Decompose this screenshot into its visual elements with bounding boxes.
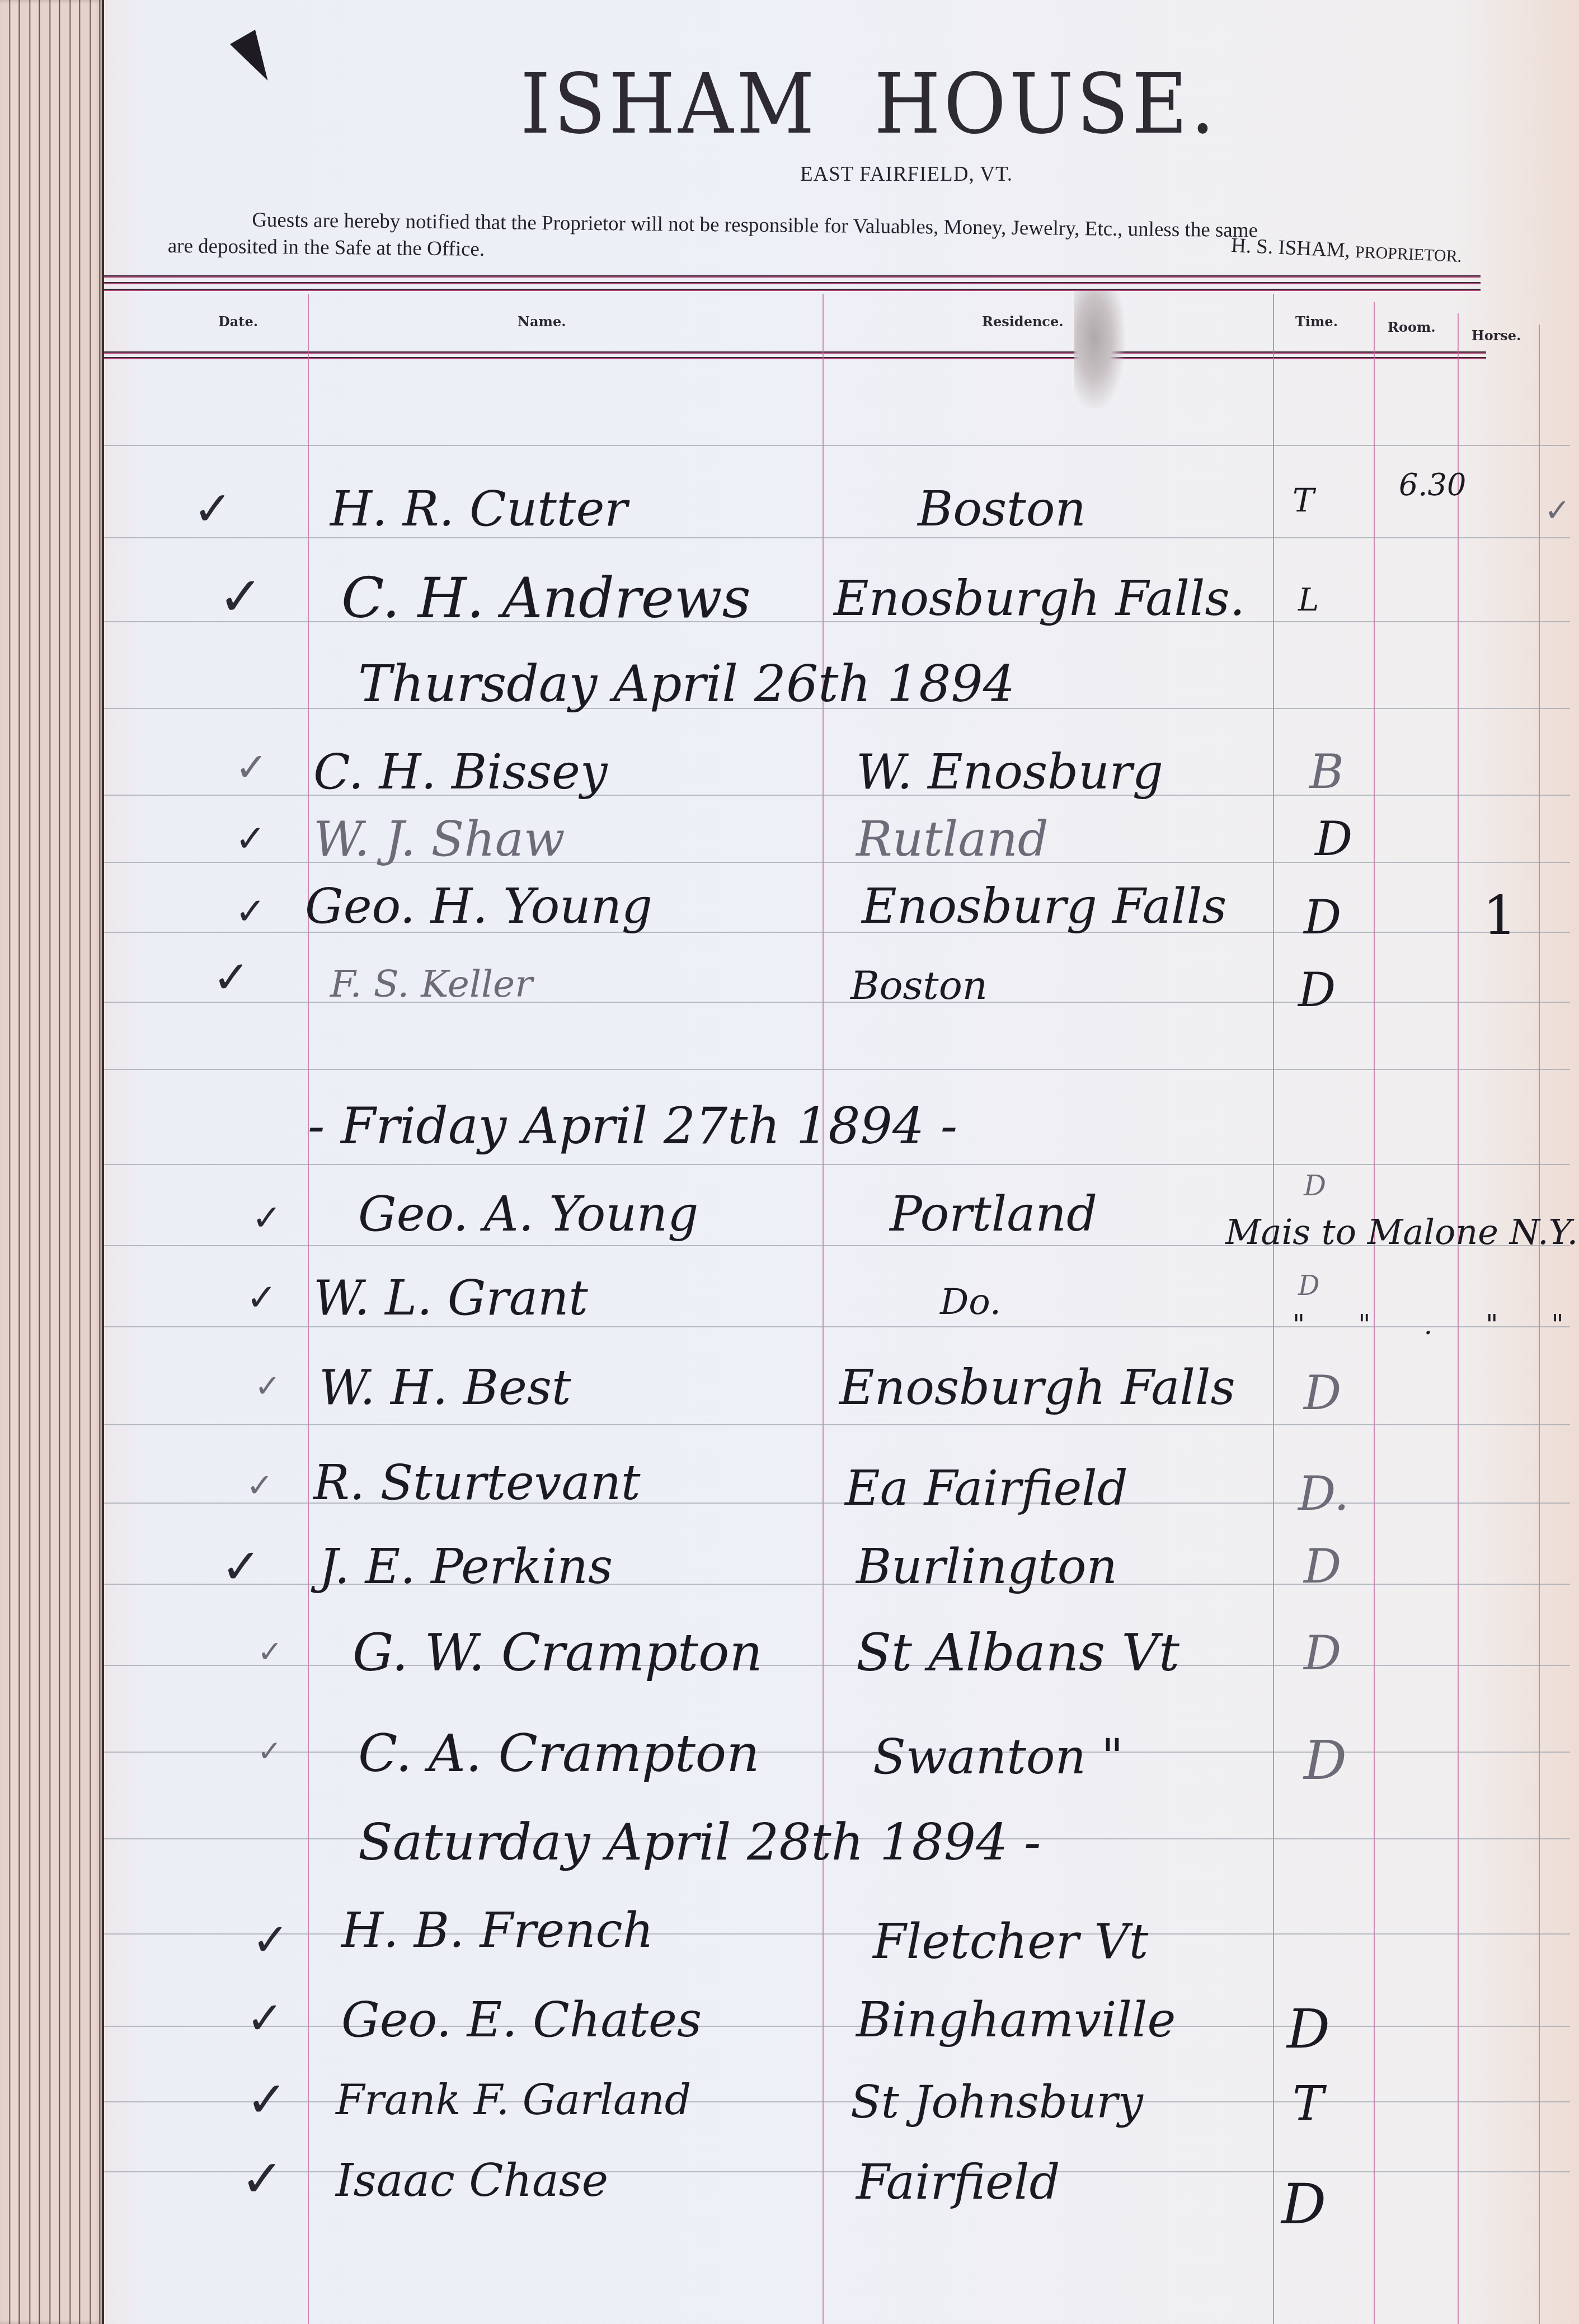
ink-mark-icon bbox=[230, 30, 280, 88]
checkmark-icon: ✓ bbox=[235, 744, 268, 790]
title-word-house: HOUSE. bbox=[874, 56, 1218, 152]
guest-name: J. E. Perkins bbox=[319, 1539, 613, 1595]
checkmark-icon: ✓ bbox=[193, 481, 232, 536]
title-word-isham: ISHAM bbox=[520, 56, 817, 152]
guest-time: B bbox=[1309, 744, 1344, 799]
guest-time: L bbox=[1298, 582, 1319, 618]
checkmark-icon: ✓ bbox=[246, 2071, 288, 2128]
guest-residence: St Johnsbury bbox=[850, 2076, 1143, 2128]
guest-time: D bbox=[1281, 2171, 1326, 2237]
row-line bbox=[104, 1665, 1570, 1666]
row-line bbox=[104, 2101, 1570, 2102]
checkmark-icon: ✓ bbox=[235, 817, 266, 860]
checkmark-icon: ✓ bbox=[257, 1634, 283, 1669]
row-line bbox=[104, 2026, 1570, 2027]
ledger-page: ISHAMHOUSE. EAST FAIRFIELD, VT. Guests a… bbox=[0, 0, 1579, 2324]
row-line bbox=[104, 1164, 1570, 1165]
guest-time: D bbox=[1304, 890, 1341, 945]
binding-edge bbox=[102, 0, 104, 2324]
date-heading-thursday: Thursday April 26th 1894 bbox=[358, 655, 1015, 713]
checkmark-icon: ✓ bbox=[235, 890, 266, 933]
checkmark-icon: ✓ bbox=[221, 1539, 261, 1595]
checkmark-icon: ✓ bbox=[241, 2149, 284, 2209]
guest-residence: Boston bbox=[918, 481, 1086, 537]
guest-residence: Boston bbox=[850, 963, 988, 1008]
checkmark-icon: ✓ bbox=[252, 1198, 282, 1239]
guest-residence: Portland bbox=[890, 1186, 1097, 1242]
row-line bbox=[104, 1752, 1570, 1753]
header-rule-bottom-2 bbox=[104, 357, 1486, 359]
row-line bbox=[104, 1424, 1570, 1425]
guest-residence: Enosburg Falls bbox=[862, 879, 1226, 935]
column-header-time: Time. bbox=[1295, 313, 1338, 330]
guest-name: F. S. Keller bbox=[330, 963, 533, 1006]
guest-name: C. H. Bissey bbox=[313, 744, 608, 800]
row-line bbox=[104, 1933, 1570, 1935]
guest-residence: Enosburgh Falls bbox=[839, 1360, 1235, 1416]
guest-time: D bbox=[1287, 1998, 1330, 2060]
header-rule-top-3 bbox=[104, 289, 1481, 291]
guest-residence: Rutland bbox=[856, 811, 1049, 867]
guest-time: D bbox=[1298, 963, 1336, 1017]
guest-residence: St Albans Vt bbox=[856, 1623, 1179, 1683]
checkmark-icon: ✓ bbox=[218, 565, 263, 628]
guest-residence: Ea Fairfield bbox=[845, 1461, 1128, 1517]
horse-checkmark-icon: ✓ bbox=[1544, 492, 1571, 529]
guest-time: D bbox=[1304, 1626, 1341, 1680]
guest-time: T bbox=[1293, 2076, 1324, 2131]
checkmark-icon: ✓ bbox=[246, 1466, 274, 1504]
header-rule-bottom-1 bbox=[104, 351, 1486, 354]
guest-residence: Enosburgh Falls. bbox=[834, 571, 1245, 627]
guest-time: D bbox=[1304, 1365, 1341, 1420]
checkmark-icon: ✓ bbox=[252, 1914, 289, 1966]
checkmark-icon: ✓ bbox=[246, 1992, 284, 2044]
guest-name: Geo. H. Young bbox=[305, 879, 652, 935]
date-heading-saturday: Saturday April 28th 1894 - bbox=[358, 1813, 1041, 1872]
guest-time: D. bbox=[1298, 1466, 1349, 1521]
date-heading-friday: - Friday April 27th 1894 - bbox=[308, 1097, 957, 1156]
header-rule-top-1 bbox=[104, 275, 1481, 278]
guest-name: Geo. A. Young bbox=[358, 1186, 698, 1242]
guest-time: T bbox=[1293, 481, 1314, 519]
guest-name: C. A. Crampton bbox=[358, 1724, 760, 1783]
checkmark-icon: ✓ bbox=[255, 1368, 281, 1405]
guest-time: D bbox=[1315, 811, 1352, 866]
guest-residence: Fairfield bbox=[856, 2154, 1060, 2210]
guest-name: C. H. Andrews bbox=[341, 565, 751, 631]
column-header-date: Date. bbox=[218, 313, 258, 330]
guest-residence: Fletcher Vt bbox=[873, 1914, 1148, 1970]
column-header-room: Room. bbox=[1388, 319, 1436, 335]
guest-time: D bbox=[1304, 1539, 1341, 1594]
column-divider-residence bbox=[1273, 294, 1274, 2324]
header-rule-top-2 bbox=[104, 282, 1481, 284]
guest-name: H. R. Cutter bbox=[330, 481, 627, 537]
column-header-residence: Residence. bbox=[982, 313, 1064, 330]
ditto-marks: " " . " " bbox=[1293, 1309, 1579, 1341]
guest-name: W. H. Best bbox=[319, 1360, 571, 1416]
guest-time: D bbox=[1298, 1270, 1319, 1302]
guest-name: Geo. E. Chates bbox=[341, 1992, 702, 2048]
guest-name: W. L. Grant bbox=[313, 1270, 588, 1326]
checkmark-icon: ✓ bbox=[257, 1735, 282, 1768]
guest-residence: Burlington bbox=[856, 1539, 1117, 1595]
row-line bbox=[104, 1069, 1570, 1070]
row-line bbox=[104, 445, 1570, 446]
guest-name: W. J. Shaw bbox=[313, 811, 565, 867]
proprietor-title: PROPRIETOR. bbox=[1355, 243, 1462, 266]
guest-room: 6.30 bbox=[1399, 467, 1466, 503]
column-divider-name bbox=[823, 294, 824, 2324]
guest-time: D bbox=[1304, 1729, 1347, 1792]
ink-stain bbox=[1074, 291, 1125, 409]
checkmark-icon: ✓ bbox=[213, 951, 250, 1003]
guest-time: D bbox=[1304, 1170, 1326, 1202]
row-line bbox=[104, 2171, 1570, 2172]
guest-name: Isaac Chase bbox=[336, 2154, 608, 2206]
guest-name: Frank F. Garland bbox=[336, 2076, 691, 2124]
page-edges-stack bbox=[0, 0, 104, 2324]
hotel-title: ISHAMHOUSE. bbox=[504, 56, 1234, 152]
guest-name: R. Sturtevant bbox=[313, 1455, 641, 1511]
guest-name: G. W. Crampton bbox=[353, 1623, 763, 1683]
guest-residence: Do. bbox=[940, 1281, 1001, 1323]
checkmark-icon: ✓ bbox=[246, 1276, 277, 1319]
proprietor-name: H. S. ISHAM, bbox=[1230, 234, 1350, 262]
guest-destination-note: Mais to Malone N.Y. bbox=[1225, 1212, 1578, 1252]
column-header-horse: Horse. bbox=[1472, 327, 1521, 344]
guest-name: H. B. French bbox=[341, 1903, 654, 1959]
hotel-location: EAST FAIRFIELD, VT. bbox=[739, 162, 1074, 186]
guest-residence: Swanton " bbox=[873, 1729, 1124, 1785]
guest-residence: W. Enosburg bbox=[856, 744, 1163, 800]
column-header-name: Name. bbox=[518, 313, 566, 330]
guest-horse: 1 bbox=[1483, 884, 1517, 947]
row-line bbox=[104, 537, 1570, 538]
column-divider-date bbox=[308, 294, 309, 2324]
row-line bbox=[104, 1002, 1570, 1003]
guest-residence: Binghamville bbox=[856, 1992, 1176, 2048]
